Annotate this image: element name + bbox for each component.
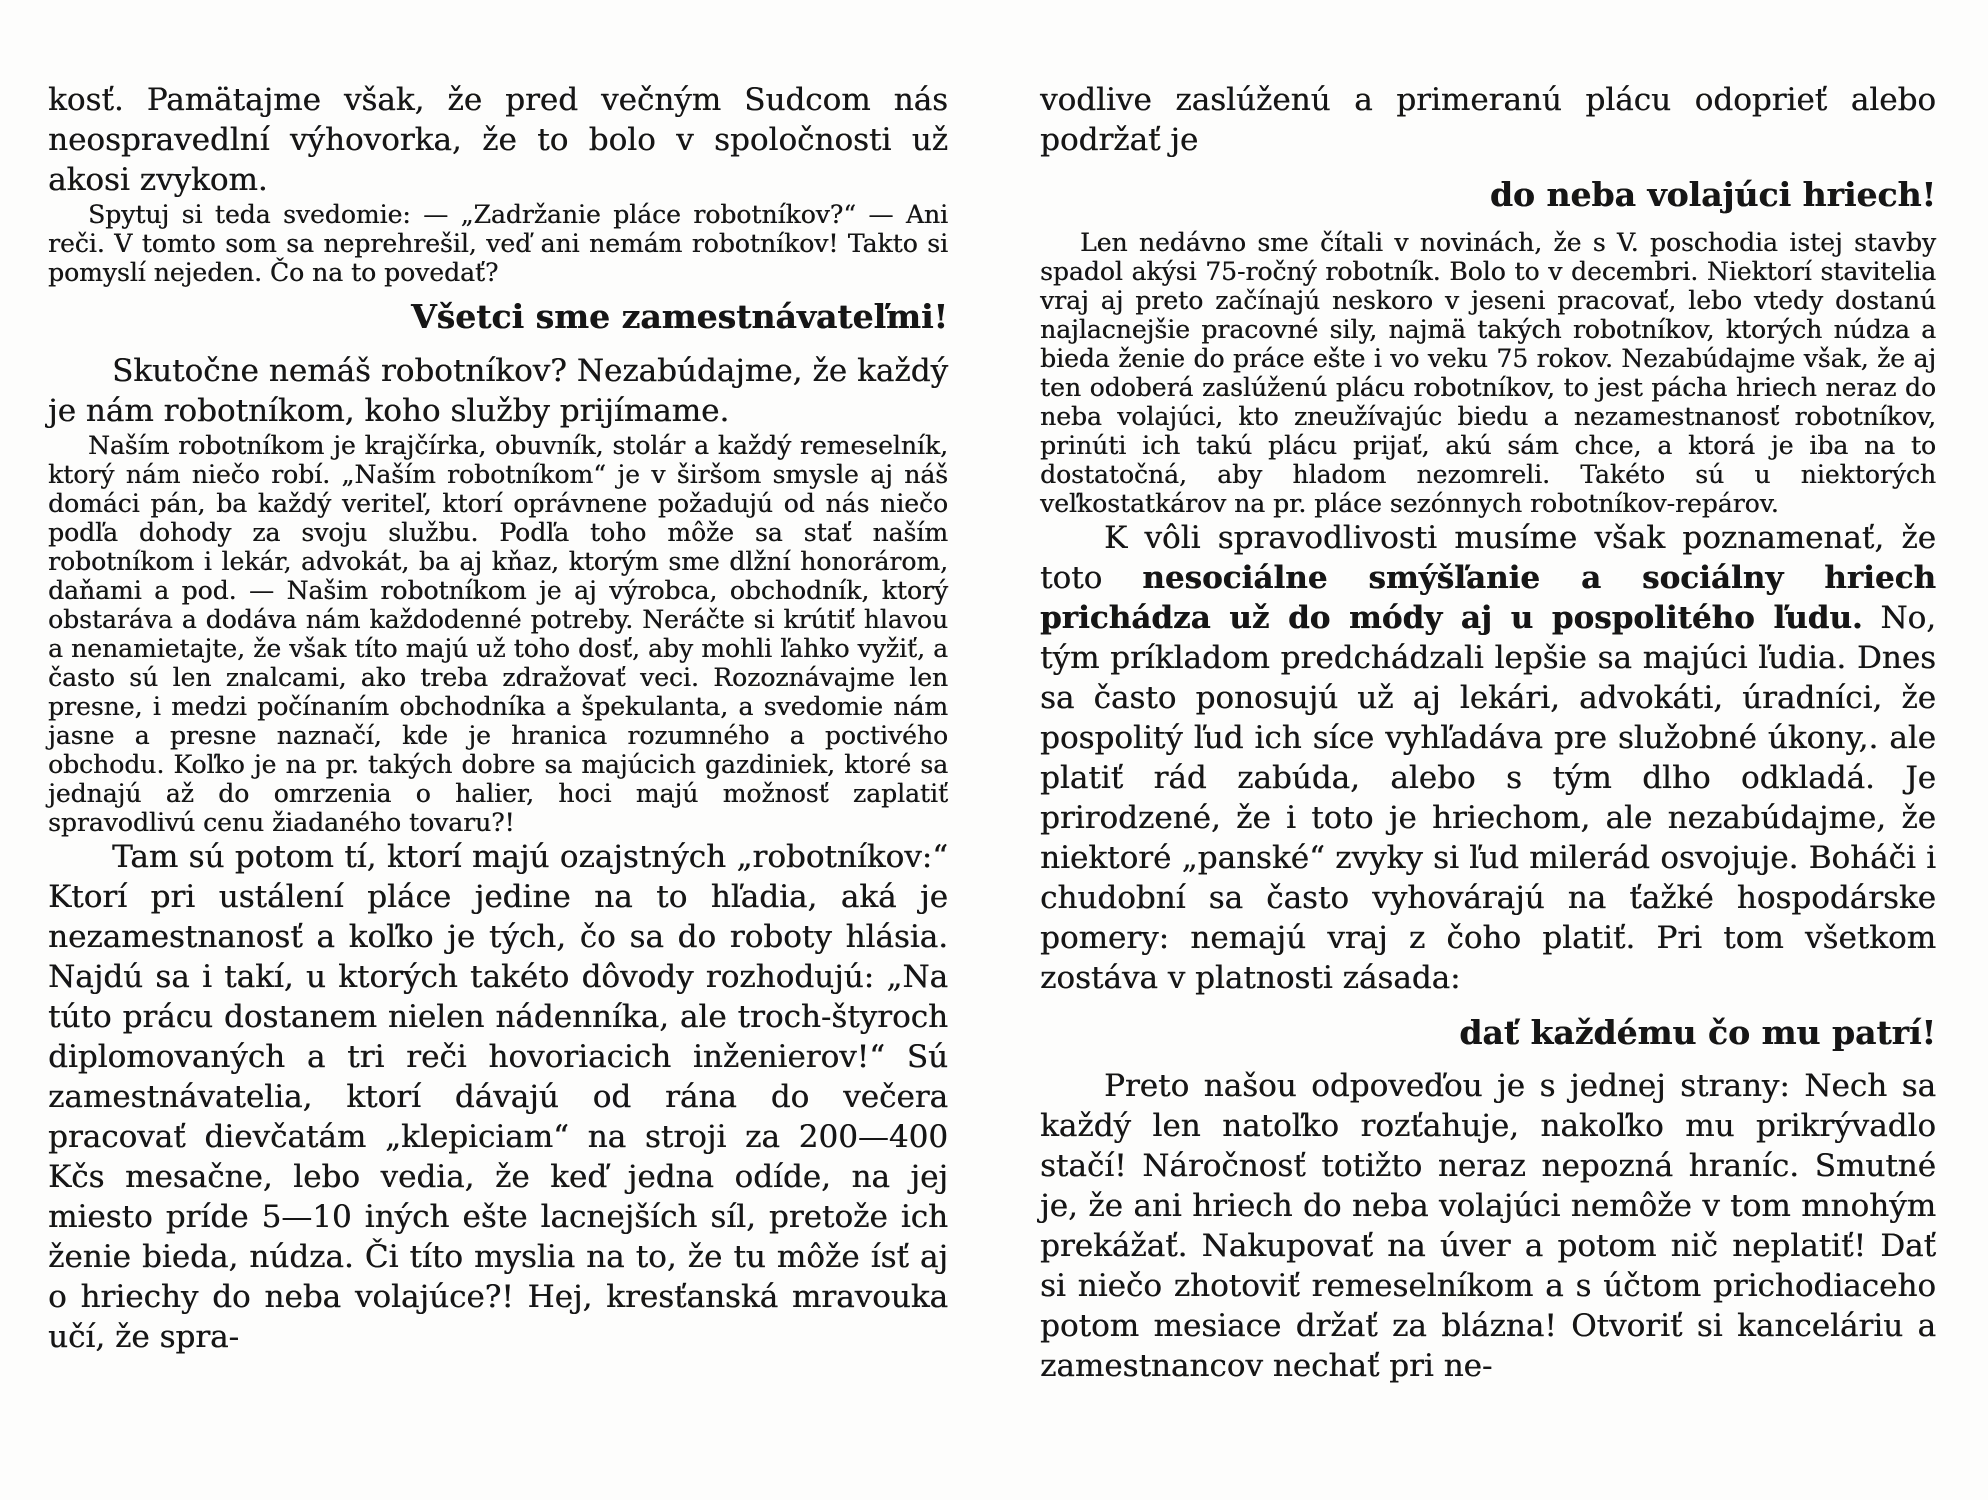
body-text: Skutočne nemáš robotníkov? Nezabúdajme, … (48, 353, 948, 429)
body-text: No, tým príkladom predchádzali lepšie sa… (1040, 600, 1936, 996)
body-text: Naším robotníkom je krajčírka, obuvník, … (48, 431, 948, 837)
body-text: Preto našou odpoveďou je s jednej strany… (1040, 1068, 1936, 1384)
emphasized-text: Všetci sme zamestnávateľmi! (411, 297, 948, 336)
text-column-right: vodlive zaslúženú a primeranú plácu odop… (1040, 80, 1936, 1386)
body-text: kosť. Pamätajme však, že pred večným Sud… (48, 82, 948, 198)
paragraph: Len nedávno sme čítali v novinách, že s … (1040, 228, 1936, 518)
body-text: Tam sú potom tí, ktorí majú ozajstných „… (48, 839, 948, 1355)
paragraph: Tam sú potom tí, ktorí majú ozajstných „… (48, 837, 948, 1357)
paragraph: Spytuj si teda svedomie: — „Zadržanie pl… (48, 200, 948, 287)
scanned-page: kosť. Pamätajme však, že pred večným Sud… (0, 0, 1988, 1500)
paragraph: Skutočne nemáš robotníkov? Nezabúdajme, … (48, 351, 948, 431)
section-heading: Všetci sme zamestnávateľmi! (48, 297, 948, 337)
emphasized-text: dať každému čo mu patrí! (1459, 1013, 1936, 1052)
text-column-left: kosť. Pamätajme však, že pred večným Sud… (48, 80, 948, 1357)
emphasized-text: do neba volajúci hriech! (1490, 175, 1936, 214)
section-heading: dať každému čo mu patrí! (1040, 1013, 1936, 1053)
paragraph: kosť. Pamätajme však, že pred večným Sud… (48, 80, 948, 200)
emphasized-text: nesociálne smýšľanie a sociálny hriech p… (1040, 560, 1936, 636)
body-text: Len nedávno sme čítali v novinách, že s … (1040, 228, 1936, 518)
paragraph: K vôli spravodlivosti musíme však poznam… (1040, 518, 1936, 998)
paragraph: vodlive zaslúženú a primeranú plácu odop… (1040, 80, 1936, 160)
paragraph: Naším robotníkom je krajčírka, obuvník, … (48, 431, 948, 837)
body-text: vodlive zaslúženú a primeranú plácu odop… (1040, 82, 1936, 158)
body-text: Spytuj si teda svedomie: — „Zadržanie pl… (48, 200, 948, 287)
paragraph: Preto našou odpoveďou je s jednej strany… (1040, 1066, 1936, 1386)
section-heading: do neba volajúci hriech! (1040, 175, 1936, 215)
